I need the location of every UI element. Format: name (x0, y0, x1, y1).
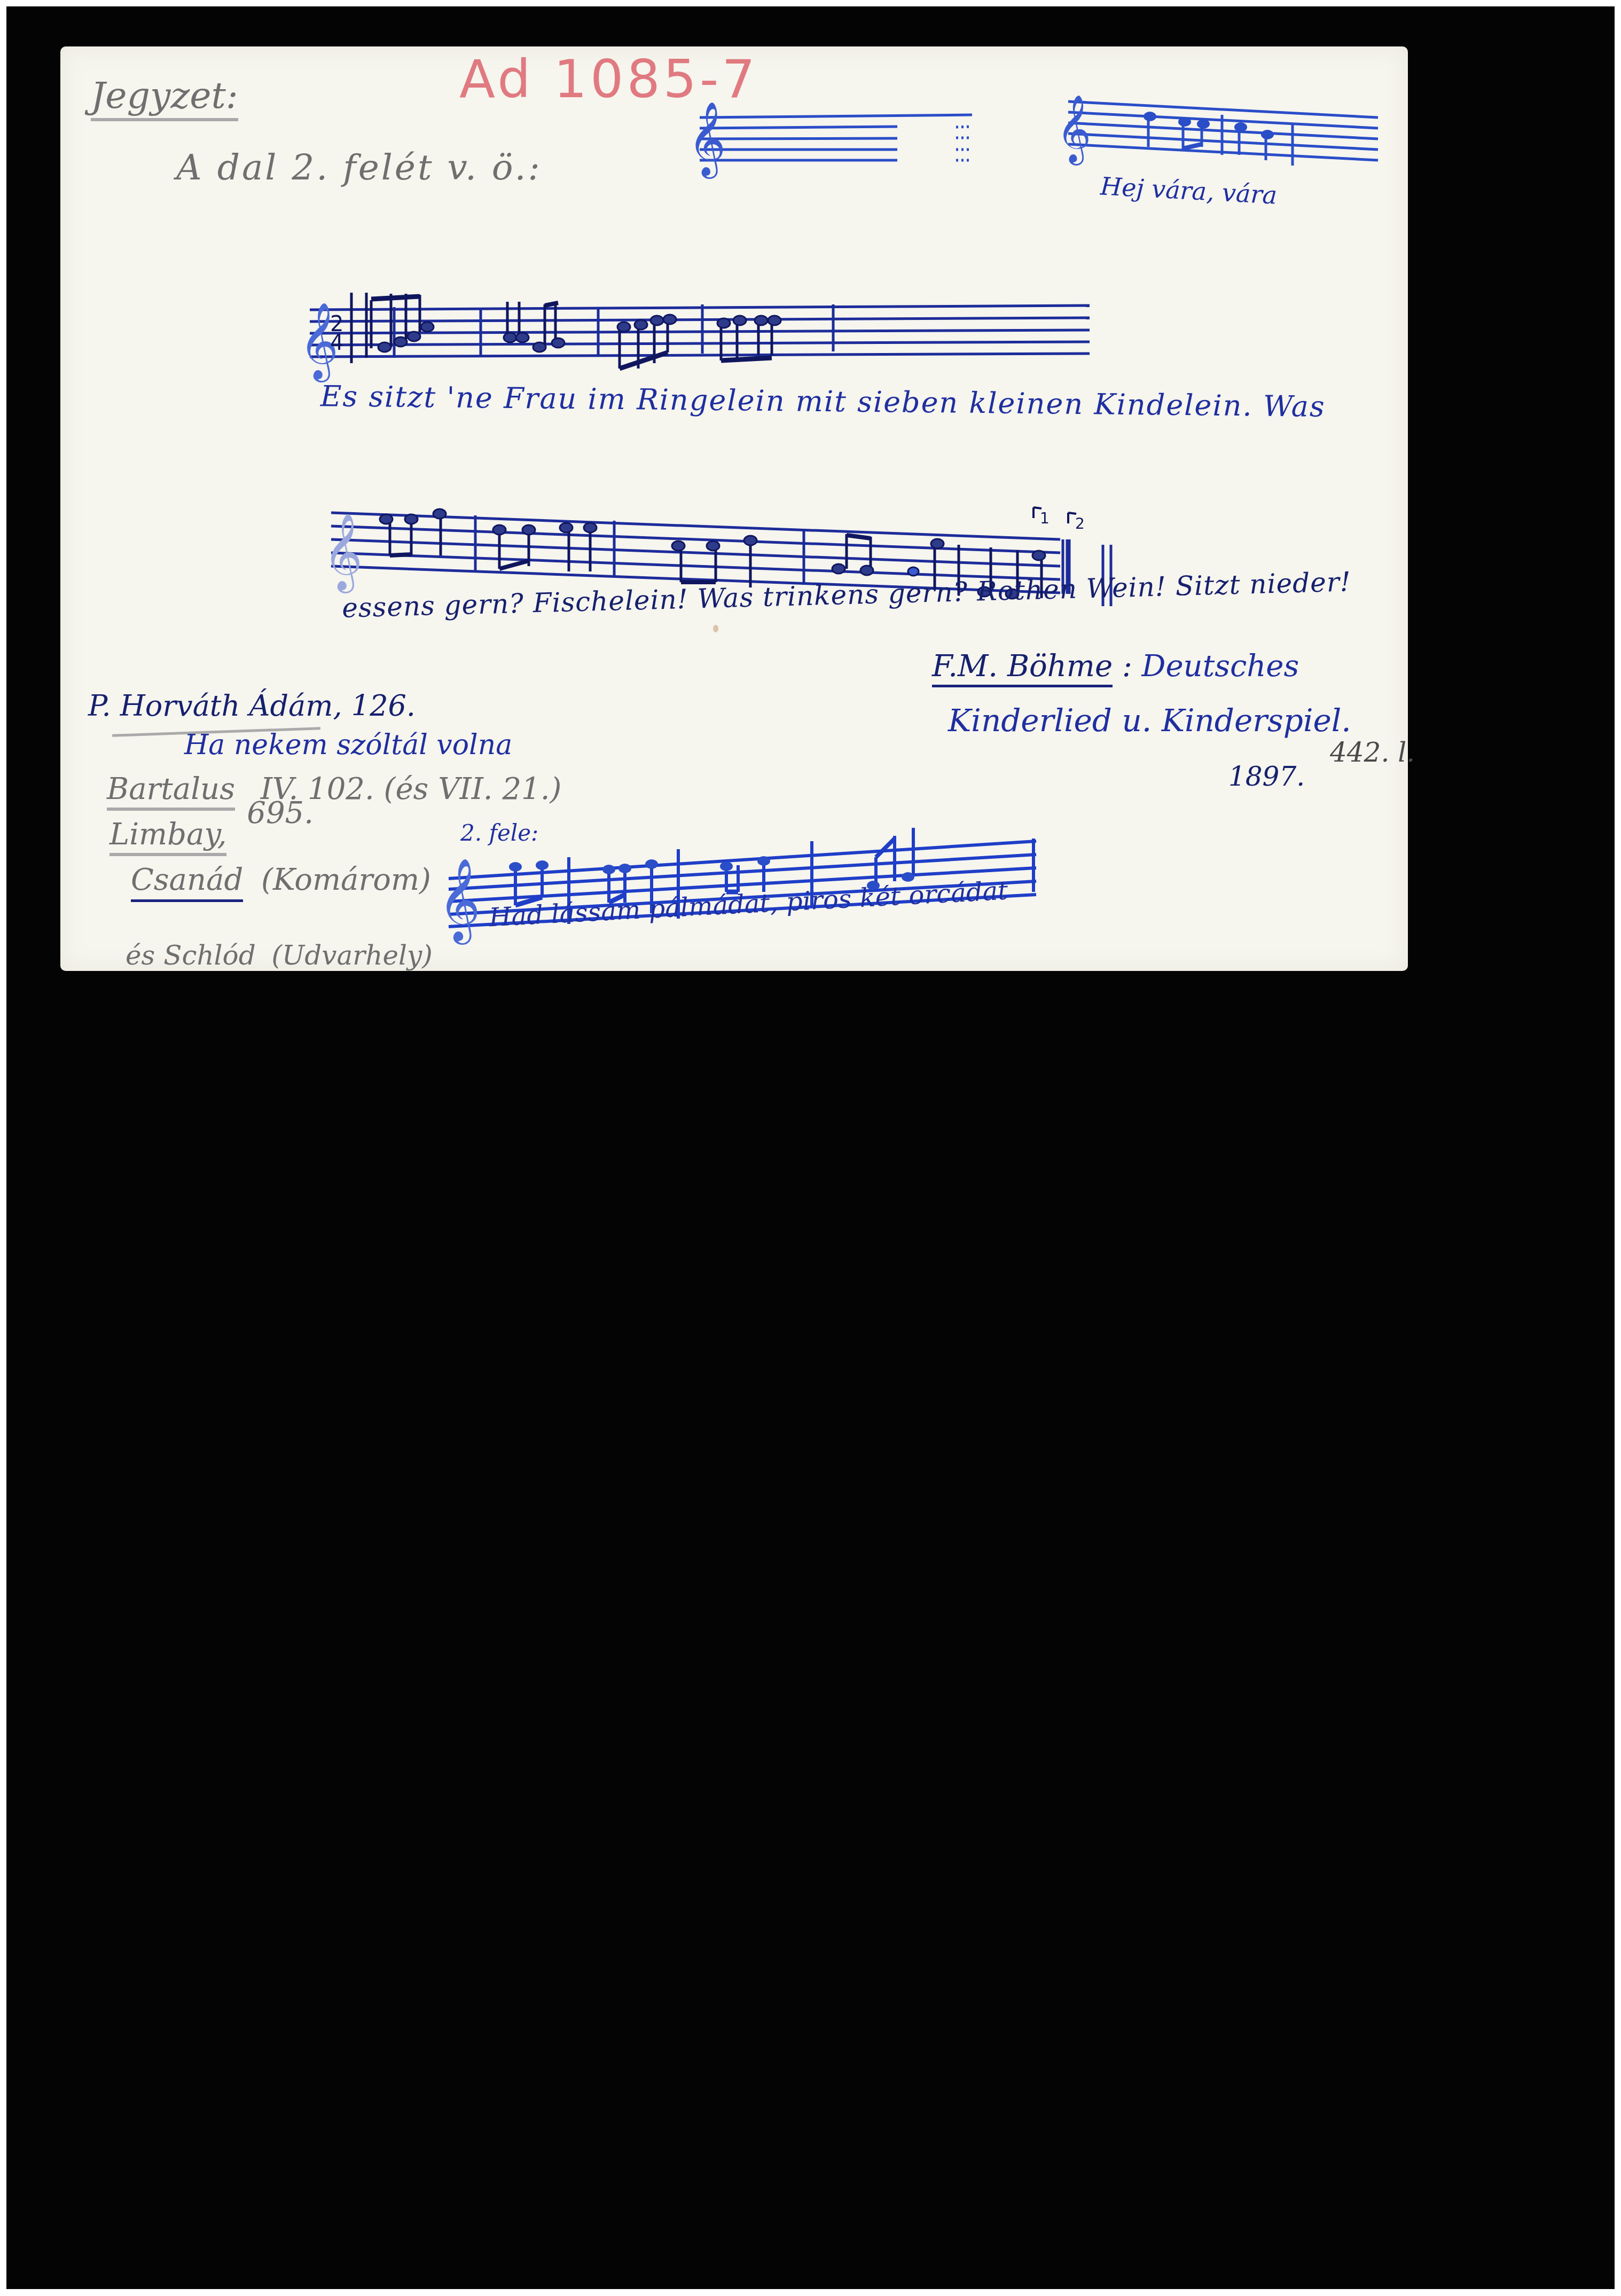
ref-schlod: és Schlód (Udvarhely) (126, 940, 433, 971)
source-title-1: Deutsches (1142, 649, 1299, 684)
ref-csanad-value: (Komárom) (261, 863, 431, 897)
ref-schlod-value: (Udvarhely) (272, 940, 433, 971)
ref-horvath: P. Horváth Ádám, 126. (88, 689, 416, 723)
ref-schlod-label: és Schlód (126, 940, 256, 971)
source-title-2: Kinderlied u. Kinderspiel. (948, 702, 1351, 739)
source-author-name: F.M. Böhme (932, 649, 1113, 687)
ref-csanad-label: Csanád (131, 863, 243, 902)
treble-clef-icon: 𝄞 (323, 513, 363, 593)
paper-stain (713, 625, 718, 632)
source-page: 442. l. (1330, 737, 1415, 768)
ref-bartalus-label: Bartalus (107, 772, 235, 811)
source-year: 1897. (1228, 761, 1305, 792)
volta-2: 2 (1075, 515, 1085, 532)
treble-clef-icon: 𝄞 (688, 101, 726, 179)
ref-csanad: Csanád (Komárom) (131, 863, 431, 897)
ref-limbay-label: Limbay, (109, 817, 226, 856)
source-author: F.M. Böhme : Deutsches (932, 649, 1299, 684)
svg-text:4: 4 (330, 331, 343, 355)
treble-clef-icon: 𝄞 (1056, 94, 1091, 166)
empty-staff: 𝄞 (684, 80, 1004, 187)
volta-1: 1 (1040, 510, 1050, 527)
ref-limbay: Limbay, 695. (109, 817, 314, 852)
note-heading: Jegyzet: (91, 75, 238, 121)
incipit-staff-hej-vara: 𝄞 (1063, 85, 1405, 171)
main-melody-staff-1: 𝄞 2 4 (299, 288, 1106, 385)
ref-bartalus: Bartalus IV. 102. (és VII. 21.) (107, 772, 561, 806)
ref-limbay-value: 695. (247, 796, 314, 830)
bottom-incipit-marker: 2. fele: (460, 820, 538, 846)
note-text: A dal 2. felét v. ö.: (176, 147, 542, 188)
treble-clef-icon: 𝄞 (438, 857, 481, 945)
ref-horvath-song: Ha nekem szóltál volna (184, 729, 512, 761)
